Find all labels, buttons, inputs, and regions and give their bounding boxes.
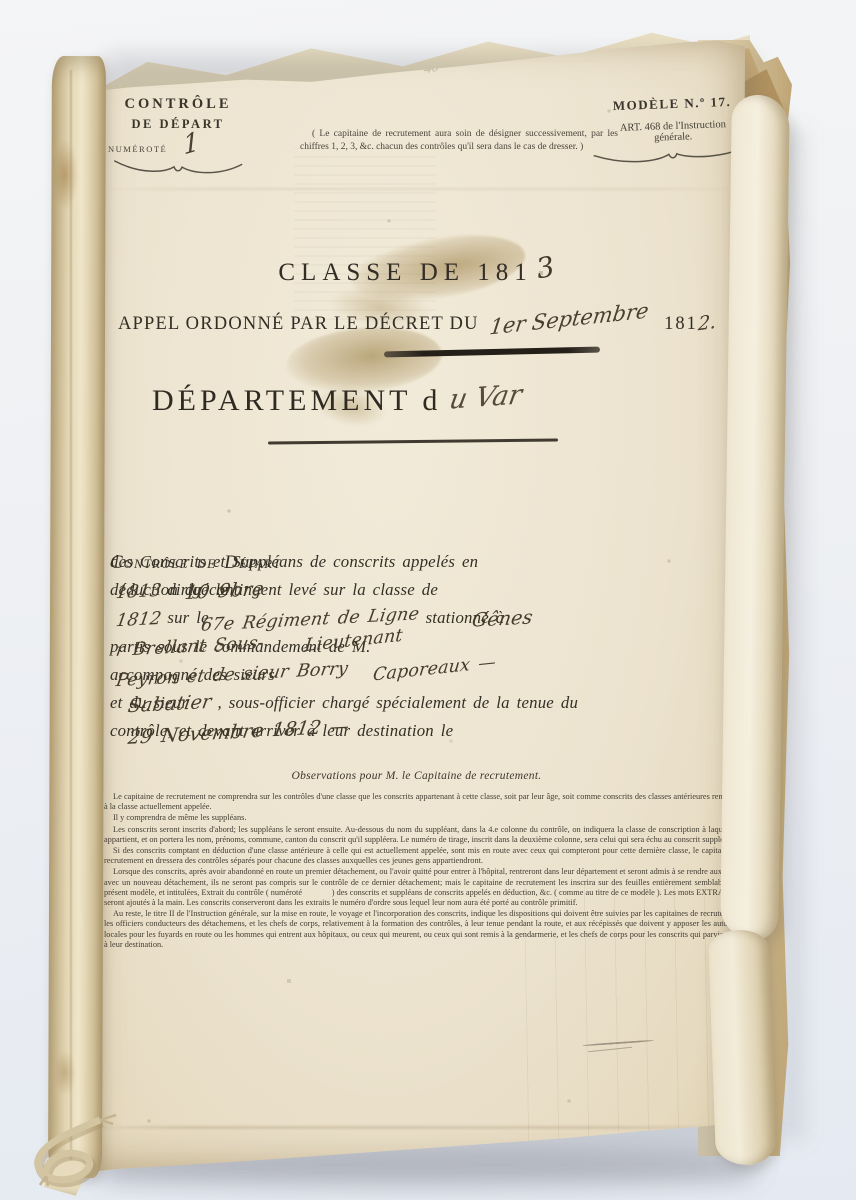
control-label-line2: DE DÉPART <box>96 117 260 132</box>
handwritten-year: 1812 <box>114 609 162 632</box>
main-page: 40 CONTRÔLE DE DÉPART NUMÉROTÉ1 ( Le cap… <box>88 40 745 1172</box>
decree-handwritten-digit: 2. <box>697 311 717 336</box>
declaration-line-6: et du sieurSabatier, sous-officier charg… <box>110 693 744 721</box>
paper-crease-bottom <box>88 1126 745 1129</box>
declaration-line-2: déduction du contingent levé sur la clas… <box>110 580 744 608</box>
foxing-specks <box>88 40 90 42</box>
paper-crease-top <box>88 188 745 190</box>
crumpled-page-edge-bottom-right <box>708 929 776 1166</box>
spine-crease <box>70 70 72 1160</box>
control-number-row: NUMÉROTÉ1 <box>96 135 260 157</box>
binding-string <box>14 1112 148 1198</box>
observations-paragraph: Au reste, le titre II de l'Instruction g… <box>104 909 742 950</box>
observations-paragraph: Lorsque des conscrits, après avoir aband… <box>104 867 742 908</box>
handwritten-control-number: 1 <box>183 133 200 156</box>
handwritten-station: Gênes <box>470 607 534 632</box>
handwritten-nco-name: Sabatier <box>126 691 213 718</box>
printed-text: , sous-officier chargé spécialement de l… <box>217 693 578 713</box>
department-line: DÉPARTEMENT du Var <box>152 384 521 418</box>
department-handwritten-name: u Var <box>447 379 524 415</box>
crumpled-page-edge-right <box>720 95 790 941</box>
control-declaration-paragraph: Contrôle de Départ des Conscrits et Supp… <box>110 552 744 749</box>
observations-paragraph: Le capitaine de recrutement ne comprendr… <box>104 792 742 812</box>
spine-stain <box>54 1050 76 1096</box>
observations-paragraph: Il y comprendra de même les suppléans. <box>104 813 742 823</box>
observations-text: Le capitaine de recrutement ne comprendr… <box>104 792 742 951</box>
decree-line: APPEL ORDONNÉ PAR LE DÉCRET DU1er Septem… <box>118 310 758 335</box>
department-printed-text: DÉPARTEMENT d <box>152 384 441 417</box>
class-title-handwritten-digit: 3 <box>534 250 557 286</box>
bleedthrough-text-ghost <box>294 148 436 320</box>
brace-ornament <box>111 157 246 180</box>
class-title-printed: CLASSE DE 181 <box>278 259 532 286</box>
printed-text: des Conscrits et Suppléans de conscrits … <box>110 552 478 572</box>
photo-of-document: 40 CONTRÔLE DE DÉPART NUMÉROTÉ1 ( Le cap… <box>0 0 856 1200</box>
handwritten-departure-date: 10 9bre <box>184 578 266 604</box>
observations-paragraph: Si des conscrits comptant en déduction d… <box>104 846 742 866</box>
handwritten-class-year: 1813 <box>114 581 162 604</box>
spine-stain <box>52 140 78 210</box>
class-title: CLASSE DE 1813 <box>88 254 745 287</box>
declaration-line-1: Contrôle de Départ des Conscrits et Supp… <box>110 552 744 580</box>
declaration-line-5: accompagné des sieursPeyron et de sieur … <box>110 665 744 693</box>
recruiter-instruction-note: ( Le capitaine de recrutement aura soin … <box>300 128 618 154</box>
numerote-label: NUMÉROTÉ <box>108 144 167 154</box>
decree-printed-year: 181 <box>664 314 698 334</box>
declaration-line-7: contrôle, et devant arriver à leur desti… <box>110 721 744 749</box>
decree-printed-text: APPEL ORDONNÉ PAR LE DÉCRET DU <box>118 314 479 334</box>
observations-heading: Observations pour M. le Capitaine de rec… <box>88 770 745 782</box>
control-number-block: CONTRÔLE DE DÉPART NUMÉROTÉ1 <box>96 96 260 177</box>
control-label-line1: CONTRÔLE <box>96 96 260 113</box>
binding-spine-roll <box>48 56 106 1178</box>
declaration-line-3: 1812sur le67e Régiment de Lignestationné… <box>110 608 744 636</box>
observations-paragraph: Les conscrits seront inscrits d'abord; l… <box>104 825 742 845</box>
